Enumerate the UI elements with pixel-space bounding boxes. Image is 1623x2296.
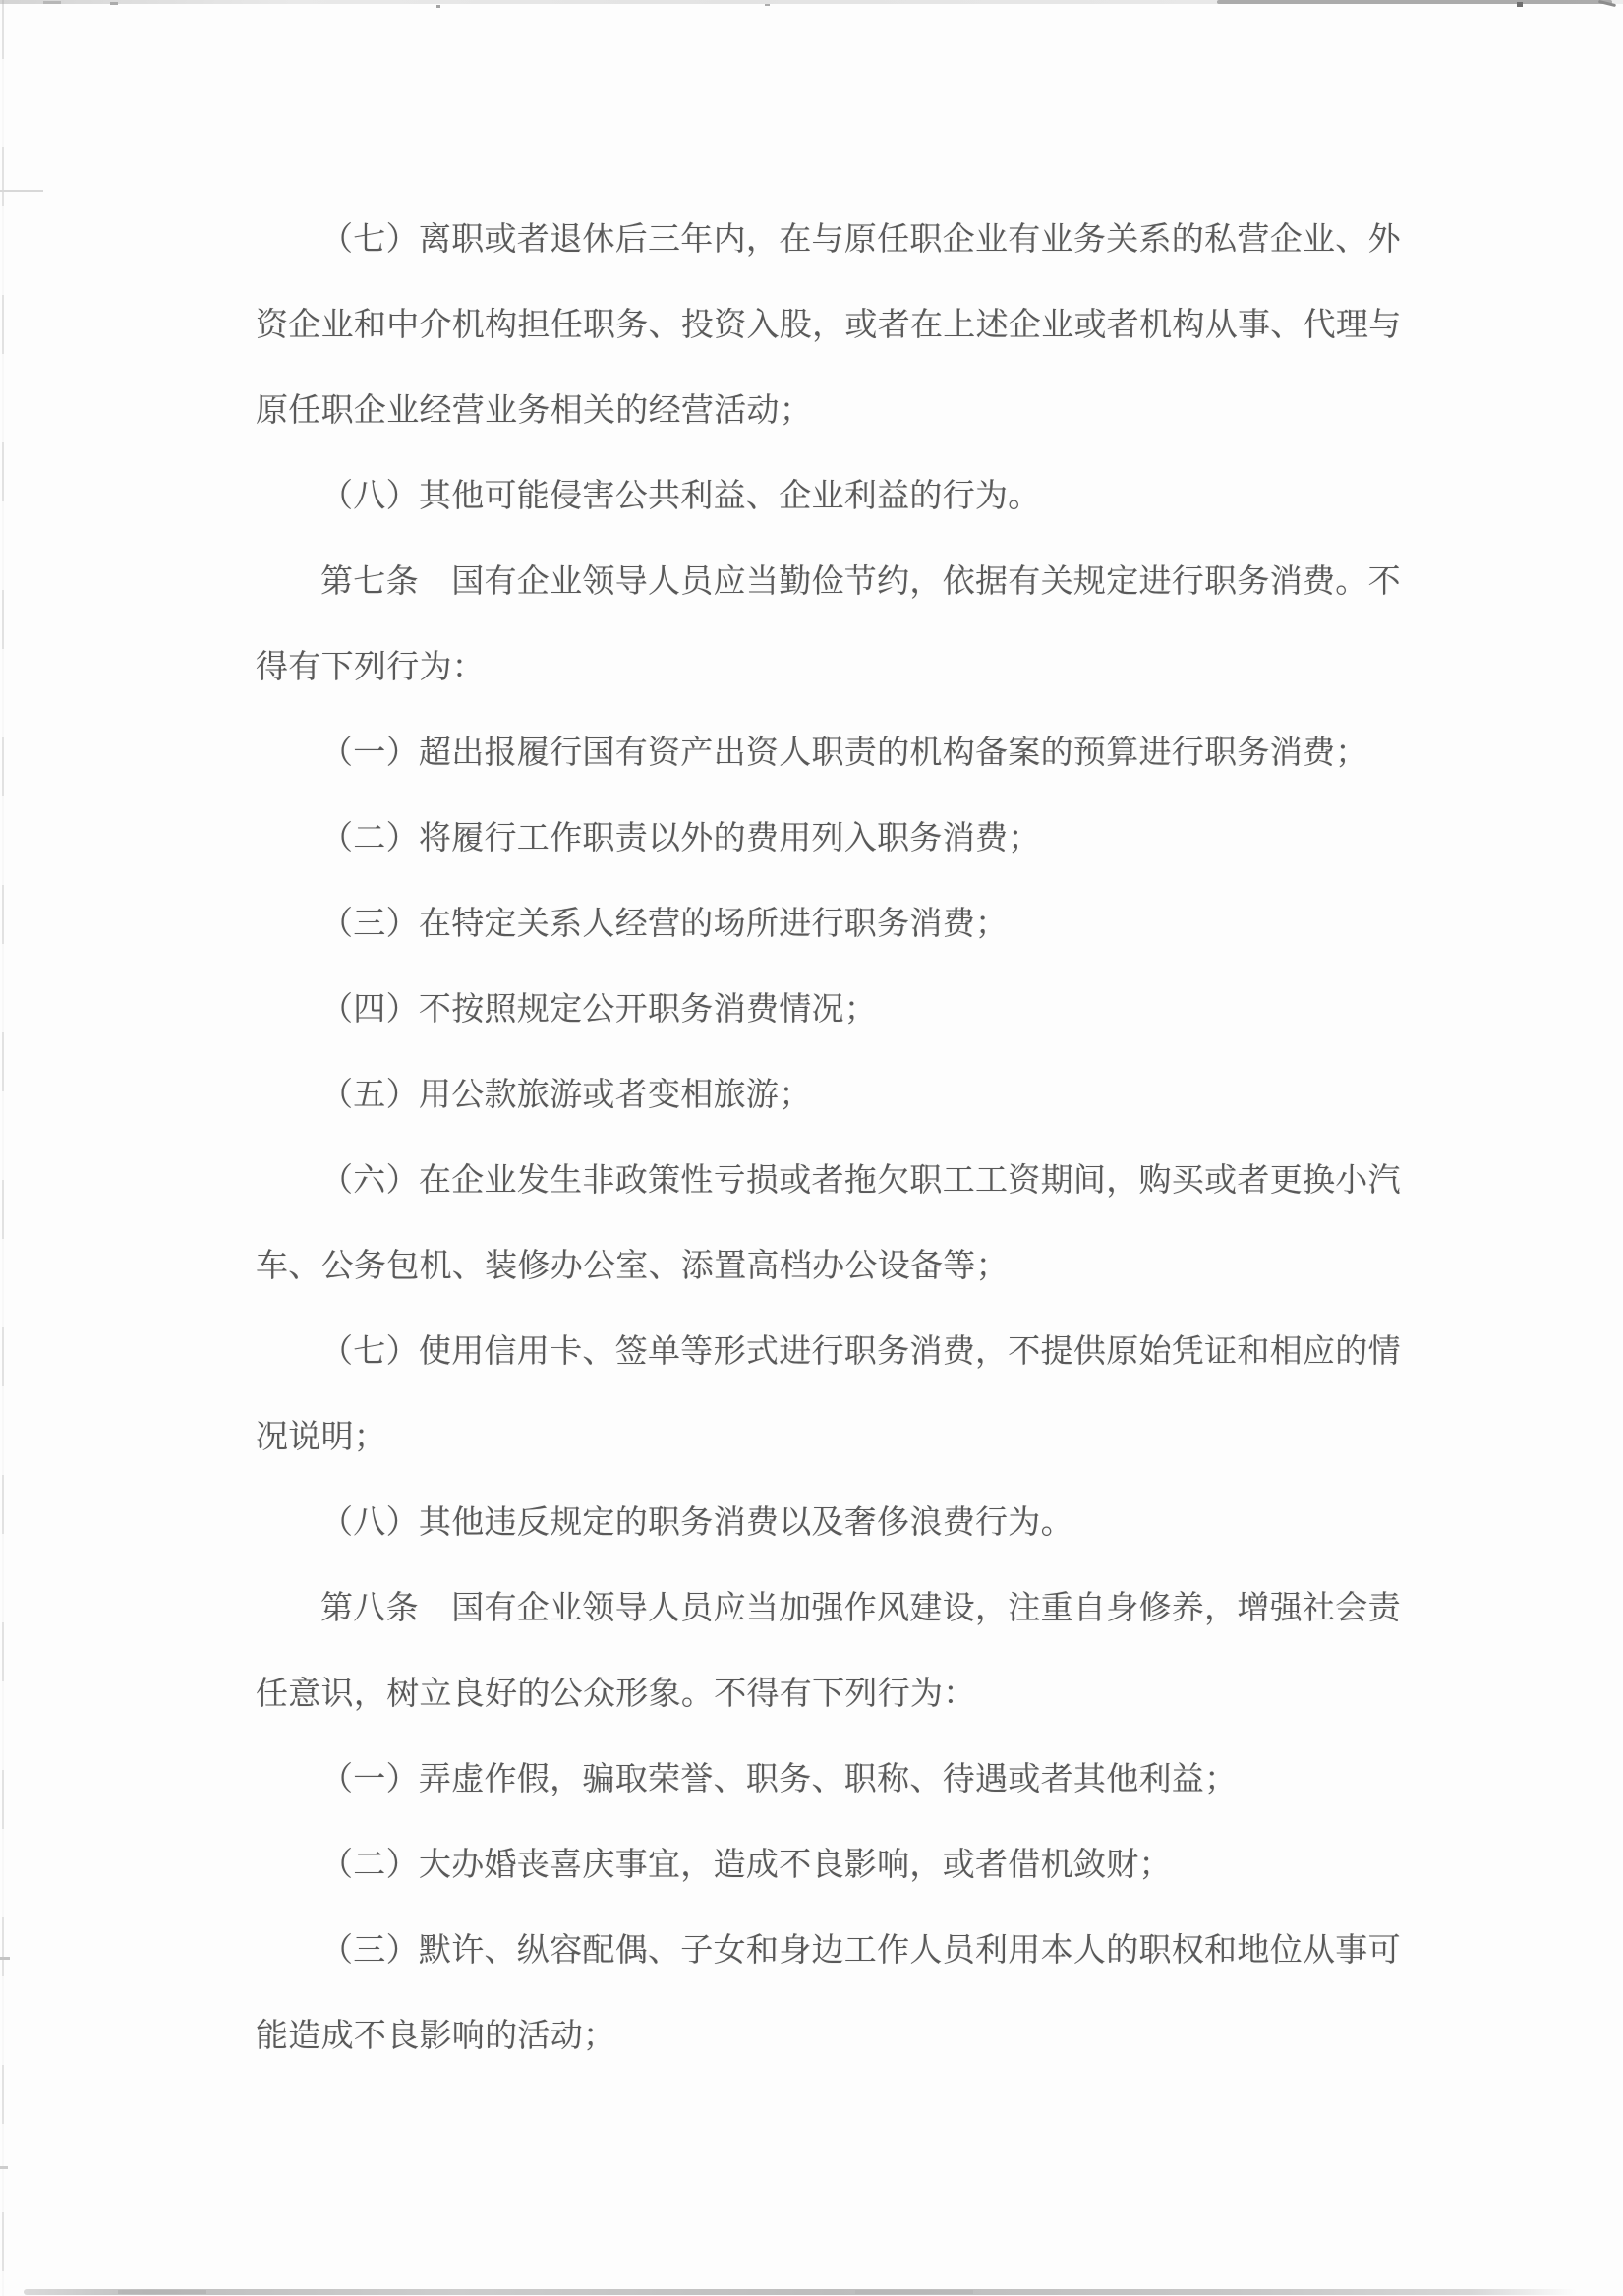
scan-left-edge-line: [2, 0, 4, 2296]
text-line: （八）其他可能侵害公共利益、企业利益的行为。: [256, 454, 1411, 540]
text-line: （三）在特定关系人经营的场所进行职务消费；: [256, 882, 1411, 968]
scanned-document-page: { "page": { "background_color": "#fdfdfd…: [0, 0, 1623, 2296]
scan-speck: [765, 4, 770, 6]
document-text-block: （七）离职或者退休后三年内，在与原任职企业有业务关系的私营企业、外 资企业和中介…: [256, 198, 1411, 2080]
scan-left-dash: [0, 1957, 10, 1960]
scan-speck: [1517, 2, 1523, 7]
text-line: （二）将履行工作职责以外的费用列入职务消费；: [256, 796, 1411, 882]
scan-top-right-mark: [1598, 0, 1616, 7]
text-line: 车、公务包机、装修办公室、添置高档办公设备等；: [256, 1224, 1411, 1310]
text-line: 任意识，树立良好的公众形象。不得有下列行为：: [256, 1652, 1411, 1737]
scan-bottom-dash: [118, 2290, 206, 2294]
text-line: 第七条 国有企业领导人员应当勤俭节约，依据有关规定进行职务消费。不: [256, 540, 1411, 625]
scan-speck: [43, 1, 61, 4]
text-line: 资企业和中介机构担任职务、投资入股，或者在上述企业或者机构从事、代理与: [256, 283, 1411, 369]
text-line: 原任职企业经营业务相关的经营活动；: [256, 369, 1411, 454]
text-line: （八）其他违反规定的职务消费以及奢侈浪费行为。: [256, 1481, 1411, 1566]
scan-bottom-dash: [855, 2290, 973, 2294]
text-line: （七）使用信用卡、签单等形式进行职务消费，不提供原始凭证和相应的情: [256, 1310, 1411, 1395]
scan-speck: [436, 5, 440, 8]
scan-left-dash: [0, 2166, 8, 2169]
text-line: 第八条 国有企业领导人员应当加强作风建设，注重自身修养，增强社会责: [256, 1566, 1411, 1652]
text-line: （六）在企业发生非政策性亏损或者拖欠职工工资期间，购买或者更换小汽: [256, 1139, 1411, 1224]
text-line: 况说明；: [256, 1395, 1411, 1481]
text-line: 得有下列行为：: [256, 625, 1411, 711]
scan-left-dash: [0, 190, 43, 192]
text-line: （三）默许、纵容配偶、子女和身边工作人员利用本人的职权和地位从事可: [256, 1909, 1411, 1994]
text-line: （四）不按照规定公开职务消费情况；: [256, 968, 1411, 1053]
text-line: （七）离职或者退休后三年内，在与原任职企业有业务关系的私营企业、外: [256, 198, 1411, 283]
text-line: （五）用公款旅游或者变相旅游；: [256, 1053, 1411, 1139]
text-line: （二）大办婚丧喜庆事宜，造成不良影响，或者借机敛财；: [256, 1823, 1411, 1909]
text-line: （一）弄虚作假，骗取荣誉、职务、职称、待遇或者其他利益；: [256, 1737, 1411, 1823]
scan-bottom-edge-line: [24, 2289, 1577, 2295]
scan-top-edge-dark-segment: [1217, 0, 1612, 4]
scan-speck: [110, 2, 118, 5]
scan-top-edge-line: [0, 0, 1623, 4]
text-line: 能造成不良影响的活动；: [256, 1994, 1411, 2080]
text-line: （一）超出报履行国有资产出资人职责的机构备案的预算进行职务消费；: [256, 711, 1411, 796]
